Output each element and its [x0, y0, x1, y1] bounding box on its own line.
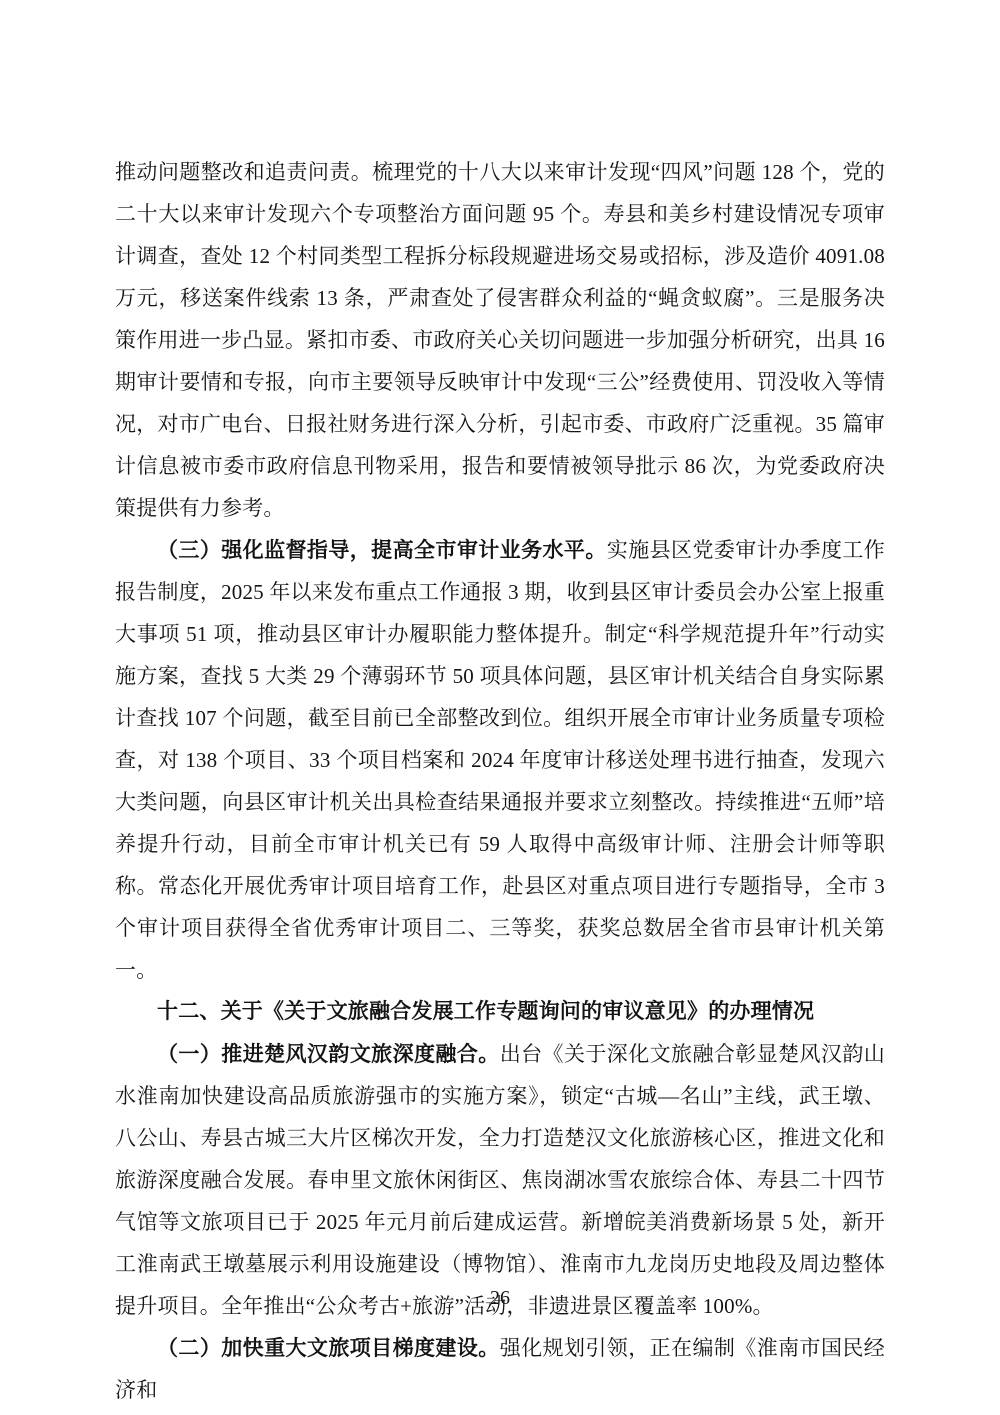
paragraph-lead: （三）强化监督指导，提高全市审计业务水平。 [157, 538, 607, 562]
paragraph-audit-rectification: 推动问题整改和追责问责。梳理党的十八大以来审计发现“四风”问题 128 个，党的… [115, 151, 885, 529]
paragraph-text: 实施县区党委审计办季度工作报告制度，2025 年以来发布重点工作通报 3 期，收… [115, 538, 885, 982]
paragraph-lead: （二）加快重大文旅项目梯度建设。 [157, 1336, 500, 1360]
section-heading-text: 十二、关于《关于文旅融合发展工作专题询问的审议意见》的办理情况 [157, 1000, 814, 1023]
document-page: 推动问题整改和追责问责。梳理党的十八大以来审计发现“四风”问题 128 个，党的… [0, 0, 1000, 1415]
page-number: 26 [0, 1285, 1000, 1311]
paragraph-culture-tourism-fusion: （一）推进楚风汉韵文旅深度融合。出台《关于深化文旅融合彰显楚风汉韵山水淮南加快建… [115, 1033, 885, 1327]
paragraph-text: 出台《关于深化文旅融合彰显楚风汉韵山水淮南加快建设高品质旅游强市的实施方案》，锁… [115, 1042, 885, 1318]
page-body: 推动问题整改和追责问责。梳理党的十八大以来审计发现“四风”问题 128 个，党的… [115, 151, 885, 1411]
paragraph-supervision-guidance: （三）强化监督指导，提高全市审计业务水平。实施县区党委审计办季度工作报告制度，2… [115, 529, 885, 991]
paragraph-text: 推动问题整改和追责问责。梳理党的十八大以来审计发现“四风”问题 128 个，党的… [115, 160, 885, 520]
paragraph-lead: （一）推进楚风汉韵文旅深度融合。 [157, 1042, 500, 1066]
section-heading-twelve: 十二、关于《关于文旅融合发展工作专题询问的审议意见》的办理情况 [115, 991, 885, 1033]
paragraph-major-projects: （二）加快重大文旅项目梯度建设。强化规划引领，正在编制《淮南市国民经济和 [115, 1327, 885, 1411]
